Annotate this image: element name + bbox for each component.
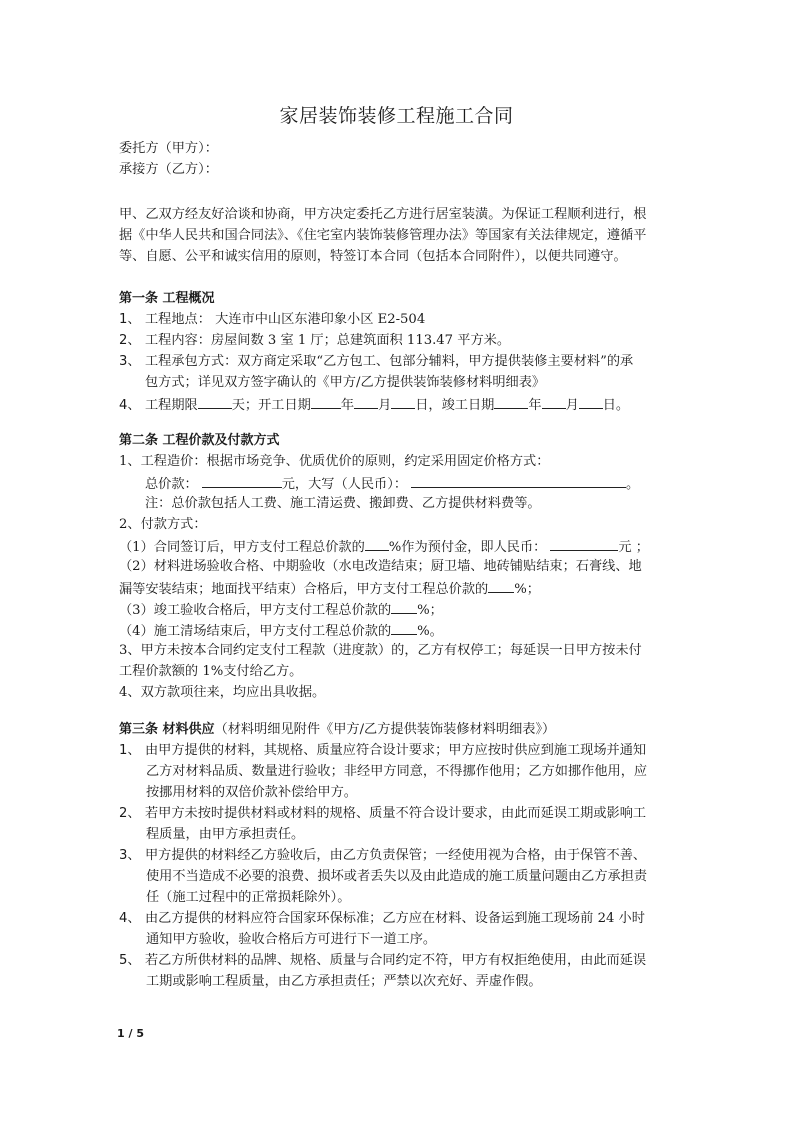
item-text: 天；开工日期 (232, 398, 311, 413)
item-text: 工程地点： 大连市中山区东港印象小区 E2-504 (145, 312, 425, 327)
midterm-percent-blank[interactable] (488, 579, 514, 593)
completion-percent-blank[interactable] (391, 600, 417, 614)
article3-item: 5、若乙方所供材料的品牌、规格、质量与合同约定不符，甲方有权拒绝使用，由此而延误 (119, 952, 646, 970)
total-price-words-blank[interactable] (411, 474, 626, 488)
item-number: 3、 (119, 353, 145, 371)
end-year-blank[interactable] (494, 395, 528, 409)
article2-item4: 4、双方款项往来，均应出具收据。 (119, 684, 325, 702)
days-blank[interactable] (198, 395, 232, 409)
payment-2: （2）材料进场验收合格、中期验收（水电改造结束；厨卫墙、地砖铺贴结束；石膏线、地 (119, 558, 642, 576)
item-continuation: 程质量，由甲方承担责任。 (146, 826, 304, 844)
article3-item: 2、若甲方未按时提供材料或材料的规格、质量不符合设计要求，由此而延误工期或影响工 (119, 805, 646, 823)
payment-2-cont: 漏等安装结束；地面找平结束）合格后，甲方支付工程总价款的%； (119, 579, 540, 599)
item-continuation: 按挪用材料的双倍价款补偿给甲方。 (146, 784, 357, 802)
item-number: 3、 (119, 847, 145, 865)
payment-text: %； (514, 582, 540, 597)
start-year-blank[interactable] (311, 395, 341, 409)
item-text: 由乙方提供的材料应符合国家环保标准；乙方应在材料、设备运到施工现场前 24 小时 (145, 911, 645, 926)
item-number: 2、 (119, 805, 145, 823)
item-continuation: 乙方对材料品质、数量进行验收；非经甲方同意，不得挪作他用；乙方如挪作他用，应 (146, 763, 647, 781)
item-text: 若甲方未按时提供材料或材料的规格、质量不符合设计要求，由此而延误工期或影响工 (145, 806, 646, 821)
article2-heading: 第二条 工程价款及付款方式 (119, 432, 280, 450)
preamble-line: 等、自愿、公平和诚实信用的原则，特签订本合同（包括本合同附件），以便共同遵守。 (119, 248, 627, 266)
item-continuation: 工期或影响工程质量，由乙方承担责任；严禁以次充好、弄虚作假。 (146, 973, 542, 991)
payment-text: （3）竣工验收合格后，甲方支付工程总价款的 (119, 603, 391, 618)
page-indicator: 1 / 5 (117, 1027, 144, 1040)
party-b-label: 承接方（乙方）： (119, 161, 218, 179)
item-number: 1、 (119, 311, 145, 329)
item-continuation: 通知甲方验收，验收合格后方可进行下一道工序。 (146, 931, 436, 949)
article3-heading-line: 第三条 材料供应（材料明细见附件《甲方/乙方提供装饰装修材料明细表》） (119, 721, 555, 739)
start-month-blank[interactable] (354, 395, 378, 409)
item-text: 由甲方提供的材料，其规格、质量应符合设计要求；甲方应按时供应到施工现场并通知 (145, 743, 646, 758)
item-text: 年 (341, 398, 354, 413)
item-text: 月 (378, 398, 391, 413)
period: 。 (626, 477, 639, 492)
item-number: 5、 (119, 952, 145, 970)
payment-4: （4）施工清场结束后，甲方支付工程总价款的%。 (119, 621, 443, 641)
item-text: 工程承包方式：双方商定采取“乙方包工、包部分辅料，甲方提供装修主要材料”的承 (145, 354, 633, 369)
item-number: 1、 (119, 742, 145, 760)
article1-item: 1、工程地点： 大连市中山区东港印象小区 E2-504 (119, 311, 425, 329)
payment-text: （4）施工清场结束后，甲方支付工程总价款的 (119, 624, 391, 639)
total-price-label: 总价款： (145, 477, 198, 492)
article2-item3: 3、甲方未按本合同约定支付工程款（进度款）的，乙方有权停工；每延误一日甲方按未付 (119, 642, 642, 660)
payment-text: 漏等安装结束；地面找平结束）合格后，甲方支付工程总价款的 (119, 582, 488, 597)
preamble-line: 甲、乙双方经友好洽谈和协商，甲方决定委托乙方进行居室装潢。为保证工程顺利进行，根 (119, 206, 647, 224)
total-price-unit: 元，大写（人民币）： (282, 477, 407, 492)
payment-1: （1）合同签订后，甲方支付工程总价款的%作为预付金，即人民币：元 ； (119, 537, 649, 557)
payment-text: （1）合同签订后，甲方支付工程总价款的 (119, 540, 365, 555)
item-number: 4、 (119, 397, 145, 415)
article1-item: 4、工程期限天；开工日期年月日，竣工日期年月日。 (119, 395, 629, 415)
article3-item: 3、甲方提供的材料经乙方验收后，由乙方负责保管；一经使用视为合格，由于保管不善、 (119, 847, 646, 865)
item-text: 年 (528, 398, 541, 413)
document-title: 家居装饰装修工程施工合同 (0, 104, 793, 128)
payment-3: （3）竣工验收合格后，甲方支付工程总价款的%； (119, 600, 443, 620)
item-text: 月 (566, 398, 579, 413)
payment-text: %。 (417, 624, 443, 639)
preamble-line: 据《中华人民共和国合同法》、《住宅室内装饰装修管理办法》等国家有关法律规定，遵循… (119, 227, 646, 245)
article2-item1: 1、工程造价：根据市场竞争、优质优价的原则，约定采用固定价格方式： (119, 453, 549, 471)
article3-item: 1、由甲方提供的材料，其规格、质量应符合设计要求；甲方应按时供应到施工现场并通知 (119, 742, 646, 760)
cleanup-percent-blank[interactable] (391, 621, 417, 635)
article3-heading: 第三条 材料供应 (119, 722, 215, 737)
payment-text: %作为预付金，即人民币： (389, 540, 547, 555)
payment-text: %； (417, 603, 443, 618)
article3-item: 4、由乙方提供的材料应符合国家环保标准；乙方应在材料、设备运到施工现场前 24 … (119, 910, 645, 928)
end-day-blank[interactable] (579, 395, 603, 409)
item-text: 日，竣工日期 (415, 398, 494, 413)
item-text: 若乙方所供材料的品牌、规格、质量与合同约定不符，甲方有权拒绝使用，由此而延误 (145, 953, 646, 968)
item-number: 2、 (119, 332, 145, 350)
start-day-blank[interactable] (391, 395, 415, 409)
item-continuation: 使用不当造成不必要的浪费、损坏或者丢失以及由此造成的施工质量问题由乙方承担责 (146, 868, 647, 886)
item-text: 日。 (603, 398, 629, 413)
payment-text: 元 ； (618, 540, 649, 555)
item-text: 工程期限 (145, 398, 198, 413)
prepay-percent-blank[interactable] (365, 537, 389, 551)
end-month-blank[interactable] (542, 395, 566, 409)
prepay-amount-blank[interactable] (550, 537, 618, 551)
item-continuation: 包方式；详见双方签字确认的《甲方/乙方提供装饰装修材料明细表》 (145, 374, 545, 392)
item-continuation: 任（施工过程中的正常损耗除外）。 (146, 889, 350, 907)
article2-item2: 2、付款方式： (119, 516, 207, 534)
article1-item: 3、工程承包方式：双方商定采取“乙方包工、包部分辅料，甲方提供装修主要材料”的承 (119, 353, 633, 371)
total-price-blank[interactable] (202, 474, 282, 488)
item-number: 4、 (119, 910, 145, 928)
article2-item3-cont: 工程价款额的 1%支付给乙方。 (119, 663, 302, 681)
item-text: 甲方提供的材料经乙方验收后，由乙方负责保管；一经使用视为合格，由于保管不善、 (145, 848, 646, 863)
article1-item: 2、工程内容：房屋间数 3 室 1 厅；总建筑面积 113.47 平方米。 (119, 332, 510, 350)
article1-heading: 第一条 工程概况 (119, 290, 215, 308)
party-a-label: 委托方（甲方）： (119, 140, 218, 158)
total-price-note: 注：总价款包括人工费、施工清运费、搬卸费、乙方提供材料费等。 (145, 495, 541, 513)
item-text: 工程内容：房屋间数 3 室 1 厅；总建筑面积 113.47 平方米。 (145, 333, 510, 348)
total-price-line: 总价款：元，大写（人民币）：。 (145, 474, 639, 494)
document-page: 家居装饰装修工程施工合同 委托方（甲方）： 承接方（乙方）： 甲、乙双方经友好洽… (0, 0, 793, 1122)
article3-heading-note: （材料明细见附件《甲方/乙方提供装饰装修材料明细表》） (215, 722, 556, 737)
